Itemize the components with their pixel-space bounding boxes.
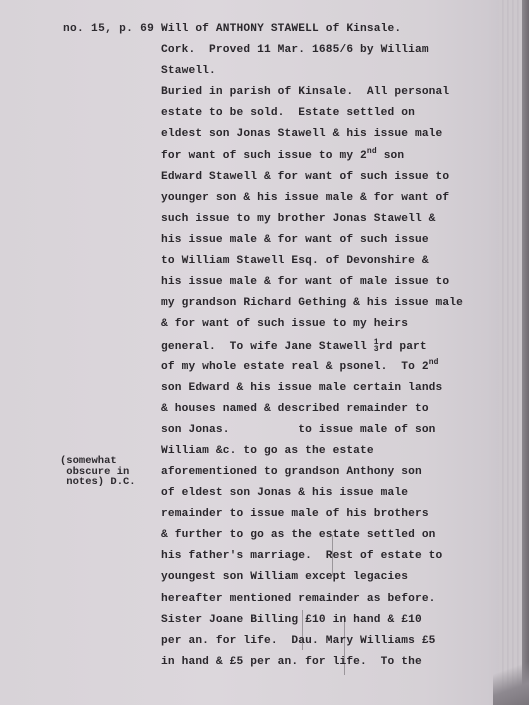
ordinal-superscript: nd — [367, 147, 377, 156]
text-line: & for want of such issue to my heirs — [161, 318, 463, 339]
text-line: Cork. Proved 11 Mar. 1685/6 by William — [161, 44, 463, 65]
text-line: youngest son William except legacies — [161, 571, 463, 592]
document-reference: no. 15, p. 69 — [63, 23, 154, 35]
text-line: & houses named & described remainder to — [161, 403, 463, 424]
ordinal-superscript: nd — [429, 358, 439, 367]
text-line: Buried in parish of Kinsale. All persona… — [161, 86, 463, 107]
typewritten-page: no. 15, p. 69 (somewhat obscure in notes… — [0, 0, 529, 705]
text-line: William &c. to go as the estate — [161, 445, 463, 466]
fraction: 13 — [374, 339, 379, 353]
text-line: such issue to my brother Jonas Stawell & — [161, 213, 463, 234]
text-line: son Jonas. to issue male of son — [161, 424, 463, 445]
text-line: aforementioned to grandson Anthony son — [161, 466, 463, 487]
text-line: his issue male & for want of male issue … — [161, 276, 463, 297]
text-line: hereafter mentioned remainder as before. — [161, 593, 463, 614]
text-line: Stawell. — [161, 65, 463, 86]
text-line: estate to be sold. Estate settled on — [161, 107, 463, 128]
will-transcription: Will of ANTHONY STAWELL of Kinsale.Cork.… — [161, 23, 463, 677]
text-line: Sister Joane Billing £10 in hand & £10 — [161, 614, 463, 635]
margin-note: (somewhat obscure in notes) D.C. — [60, 456, 136, 488]
text-line: per an. for life. Dau. Mary Williams £5 — [161, 635, 463, 656]
text-line: to William Stawell Esq. of Devonshire & — [161, 255, 463, 276]
text-line: & further to go as the estate settled on — [161, 529, 463, 550]
text-line: his father's marriage. Rest of estate to — [161, 550, 463, 571]
text-line: Will of ANTHONY STAWELL of Kinsale. — [161, 23, 463, 44]
text-line: remainder to issue male of his brothers — [161, 508, 463, 529]
text-line: general. To wife Jane Stawell 13rd part — [161, 339, 463, 360]
text-line: Edward Stawell & for want of such issue … — [161, 171, 463, 192]
text-line: for want of such issue to my 2nd son — [161, 150, 463, 171]
text-line: eldest son Jonas Stawell & his issue mal… — [161, 128, 463, 149]
page-edge-shadow — [522, 0, 529, 705]
text-line: my grandson Richard Gething & his issue … — [161, 297, 463, 318]
text-line: of eldest son Jonas & his issue male — [161, 487, 463, 508]
text-line: his issue male & for want of such issue — [161, 234, 463, 255]
text-line: younger son & his issue male & for want … — [161, 192, 463, 213]
text-line: son Edward & his issue male certain land… — [161, 382, 463, 403]
text-line: in hand & £5 per an. for life. To the — [161, 656, 463, 677]
corner-shadow — [493, 645, 529, 705]
text-line: of my whole estate real & psonel. To 2nd — [161, 361, 463, 382]
